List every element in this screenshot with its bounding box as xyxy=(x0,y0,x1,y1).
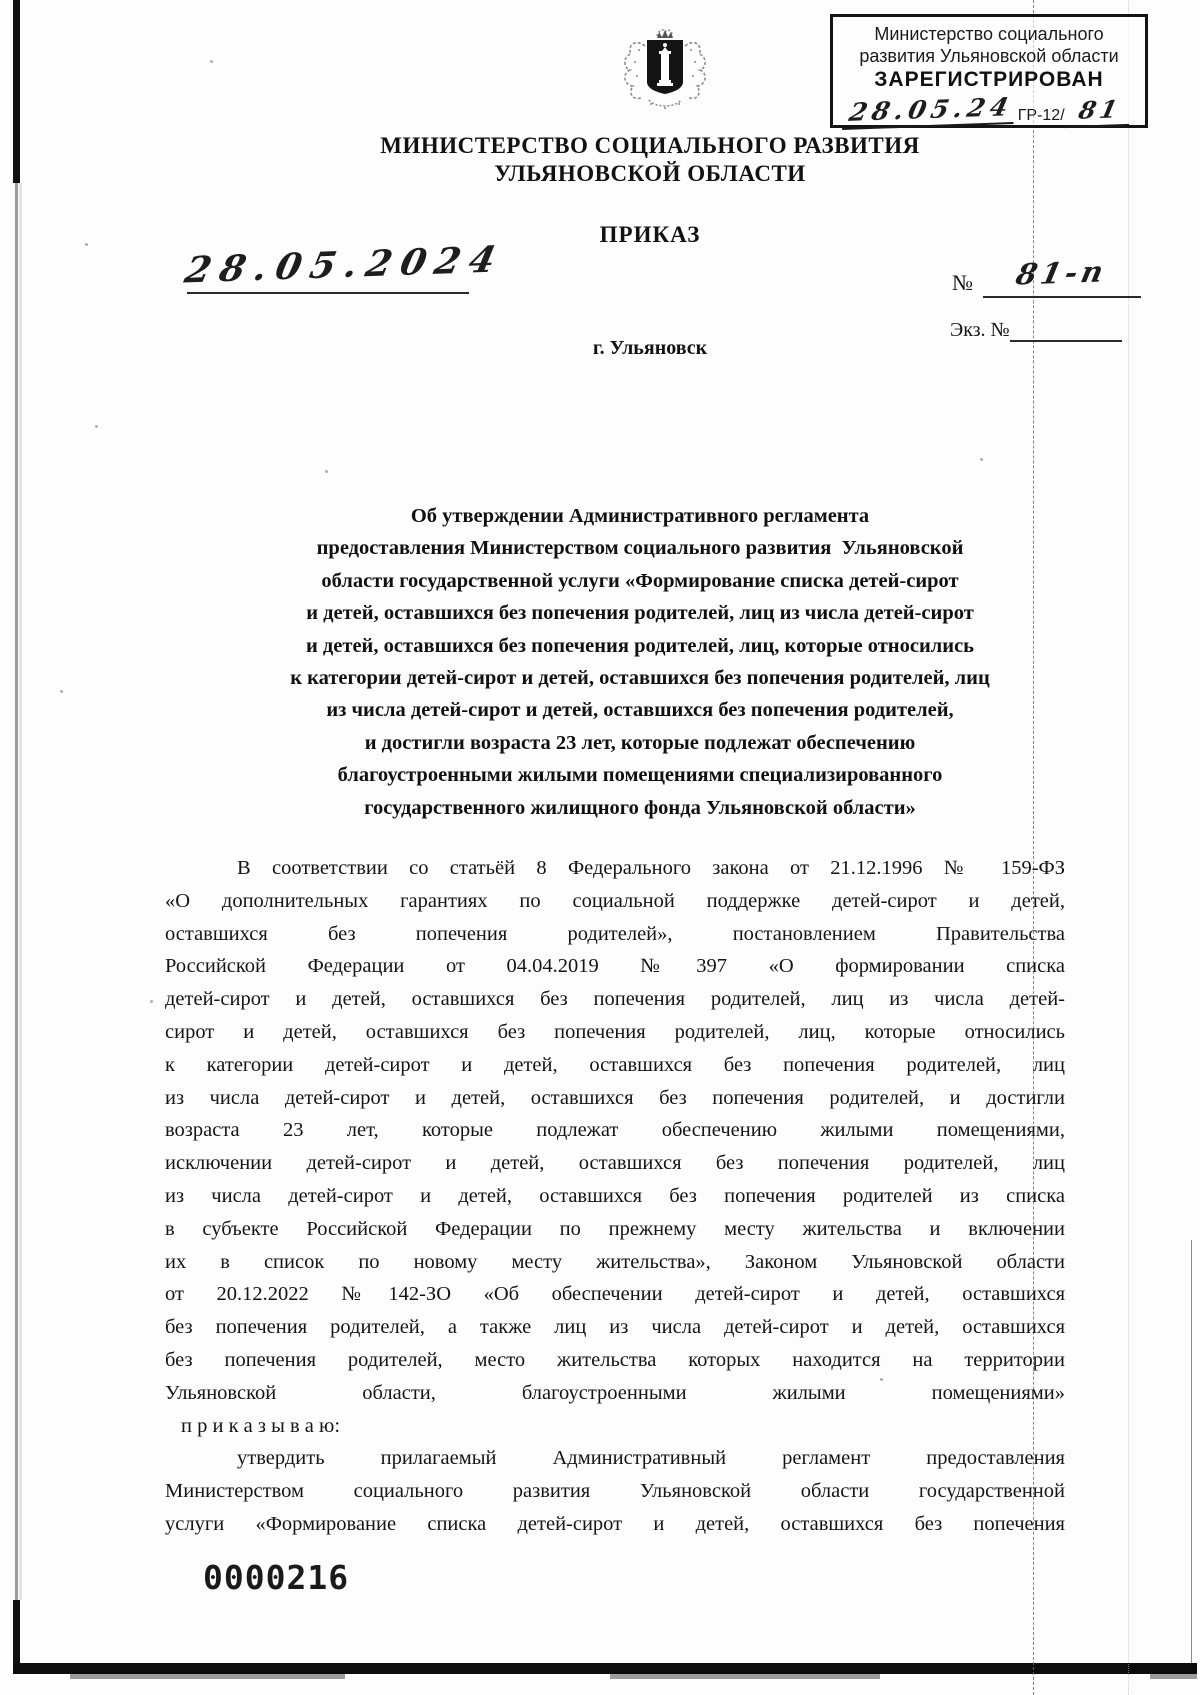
stamp-date-handwritten: 28.05.24 xyxy=(842,92,1020,130)
scan-noise-dot xyxy=(150,1000,153,1003)
stamp-number-handwritten: 81 xyxy=(1063,94,1136,128)
order-title: Об утверждении Административного регламе… xyxy=(160,500,1120,824)
body-text-line: В соответствии со статьёй 8 Федерального… xyxy=(165,852,1065,885)
body-text-line: в субъекте Российской Федерации по прежн… xyxy=(165,1213,1065,1246)
body-text-line: из числа детей-сирот и детей, оставшихся… xyxy=(165,1082,1065,1115)
body-text-line: Российской Федерации от 04.04.2019 №397 … xyxy=(165,950,1065,983)
order-title-line: государственного жилищного фонда Ульянов… xyxy=(160,792,1120,824)
stamp-registration-row: 28.05.24 ГР-12/ 81 xyxy=(833,93,1145,127)
ministry-letterhead: МИНИСТЕРСТВО СОЦИАЛЬНОГО РАЗВИТИЯ УЛЬЯНО… xyxy=(90,132,1200,188)
city-label: г. Ульяновск xyxy=(90,337,1200,360)
body-text-line: услуги «Формирование списка детей-сирот … xyxy=(165,1508,1065,1541)
order-resolution-paragraph: утвердить прилагаемый Административный р… xyxy=(165,1442,1065,1540)
order-title-line: благоустроенными жилыми помещениями спец… xyxy=(160,759,1120,791)
body-text-line: их в список по новому месту жительства»,… xyxy=(165,1246,1065,1279)
scan-noise-dot xyxy=(95,425,98,428)
body-text-line: из числа детей-сирот и детей, оставшихся… xyxy=(165,1180,1065,1213)
scan-noise-dot xyxy=(60,690,63,693)
order-verb-line: п р и к а з ы в а ю: xyxy=(165,1410,1065,1443)
body-text-line: возраста 23 лет, которые подлежат обеспе… xyxy=(165,1114,1065,1147)
order-title-line: предоставления Министерством социального… xyxy=(160,532,1120,564)
stamp-code-label: ГР-12/ xyxy=(1016,107,1067,127)
scan-border-left-middle xyxy=(15,183,18,1600)
document-registration-number: 0000216 xyxy=(203,1558,349,1597)
ministry-name-line2: УЛЬЯНОВСКОЙ ОБЛАСТИ xyxy=(90,160,1200,188)
scan-border-bottom-shadow xyxy=(70,1674,345,1679)
scan-border-left-top xyxy=(13,0,20,183)
scan-border-bottom-shadow xyxy=(610,1674,880,1679)
scan-noise-dot xyxy=(210,60,213,63)
order-date-handwritten: 28.05.2024 xyxy=(180,235,509,296)
scan-border-bottom xyxy=(13,1663,1197,1674)
scan-border-bottom-shadow xyxy=(1150,1674,1197,1679)
order-title-line: из числа детей-сирот и детей, оставшихся… xyxy=(160,694,1120,726)
order-title-line: Об утверждении Административного регламе… xyxy=(160,500,1120,532)
coat-of-arms-icon xyxy=(615,24,715,119)
body-text-line: к категории детей-сирот и детей, оставши… xyxy=(165,1049,1065,1082)
body-text-line: без попечения родителей, а также лиц из … xyxy=(165,1311,1065,1344)
number-sign-label: № xyxy=(952,270,973,298)
stamp-registered-label: ЗАРЕГИСТРИРОВАН xyxy=(833,68,1145,92)
body-text-line: Ульяновской области, благоустроенными жи… xyxy=(165,1377,1065,1410)
registration-stamp: Министерство социального развития Ульяно… xyxy=(830,14,1148,128)
order-title-line: и детей, оставшихся без попечения родите… xyxy=(160,597,1120,629)
body-text-line: детей-сирот и детей, оставшихся без попе… xyxy=(165,983,1065,1016)
order-preamble-paragraph: В соответствии со статьёй 8 Федерального… xyxy=(165,852,1065,1410)
scan-vertical-line-right xyxy=(1191,1240,1192,1663)
order-date-field: 28.05.2024 xyxy=(187,240,469,294)
body-text-line: утвердить прилагаемый Административный р… xyxy=(165,1442,1065,1475)
stamp-ministry-line1: Министерство социального xyxy=(833,23,1145,45)
stamp-ministry-line2: развития Ульяновской области xyxy=(833,45,1145,67)
scan-noise-dot xyxy=(980,458,983,461)
body-text-line: исключении детей-сирот и детей, оставших… xyxy=(165,1147,1065,1180)
scan-noise-dot xyxy=(325,470,328,473)
body-text-line: от 20.12.2022 №142-ЗО «Об обеспечении де… xyxy=(165,1278,1065,1311)
scan-noise-dot xyxy=(85,243,88,246)
ministry-name-line1: МИНИСТЕРСТВО СОЦИАЛЬНОГО РАЗВИТИЯ xyxy=(90,132,1200,160)
body-text-line: Министерством социального развития Ульян… xyxy=(165,1475,1065,1508)
body-text-line: оставшихся без попечения родителей», пос… xyxy=(165,918,1065,951)
body-text-line: «О дополнительных гарантиях по социально… xyxy=(165,885,1065,918)
order-number-line: 81-п xyxy=(983,252,1141,298)
order-body: В соответствии со статьёй 8 Федерального… xyxy=(165,852,1065,1541)
scanned-order-document-page: Министерство социального развития Ульяно… xyxy=(0,0,1200,1695)
order-title-line: и достигли возраста 23 лет, которые подл… xyxy=(160,727,1120,759)
scan-border-left-bottom xyxy=(13,1600,20,1670)
order-number-handwritten: 81-п xyxy=(1012,250,1111,295)
body-text-line: без попечения родителей, место жительств… xyxy=(165,1344,1065,1377)
order-title-line: и детей, оставшихся без попечения родите… xyxy=(160,630,1120,662)
order-title-line: к категории детей-сирот и детей, оставши… xyxy=(160,662,1120,694)
order-title-line: области государственной услуги «Формиров… xyxy=(160,565,1120,597)
order-number-field: № 81-п xyxy=(952,252,1141,298)
body-text-line: сирот и детей, оставшихся без попечения … xyxy=(165,1016,1065,1049)
